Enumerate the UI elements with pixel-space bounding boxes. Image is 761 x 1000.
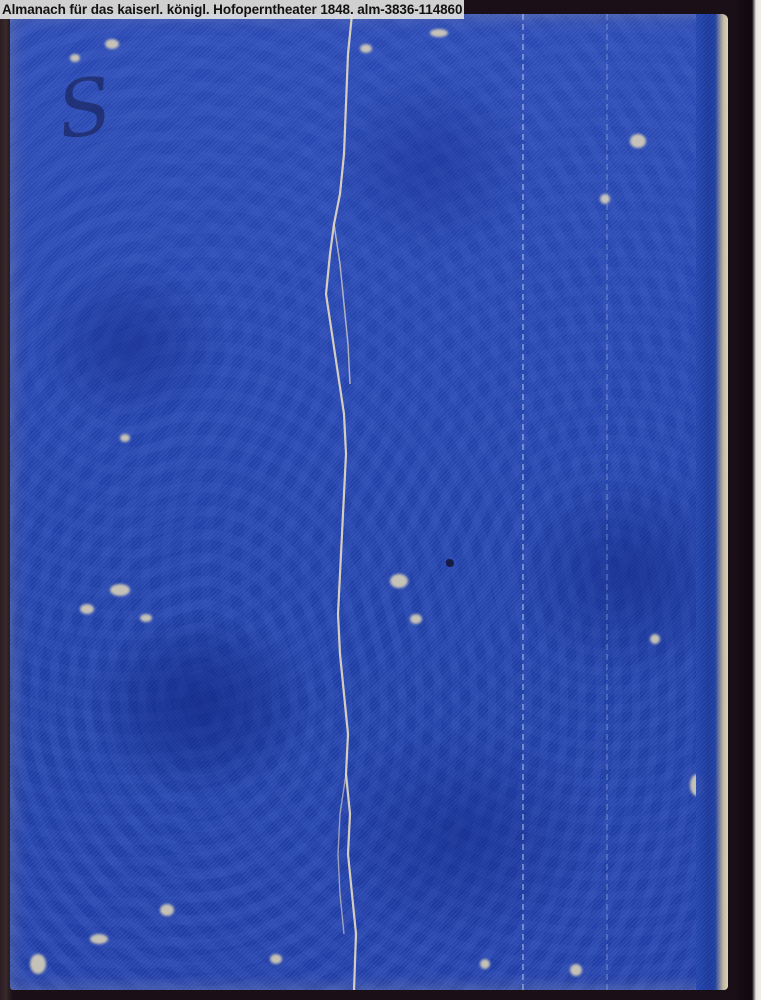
wear-patch	[650, 634, 660, 644]
ink-mark	[446, 559, 454, 567]
wear-patch	[105, 39, 119, 49]
wear-patch	[70, 54, 80, 62]
handwritten-mark: S	[52, 61, 117, 158]
wear-patch	[570, 964, 582, 976]
wear-patch	[140, 614, 152, 622]
wear-patch	[80, 604, 94, 614]
wear-patch	[160, 904, 174, 916]
image-caption: Almanach für das kaiserl. königl. Hofope…	[0, 0, 464, 19]
wear-patch	[270, 954, 282, 964]
wear-patch	[480, 959, 490, 969]
cover-crack	[310, 14, 390, 990]
wear-patch	[390, 574, 408, 588]
wear-patch	[120, 434, 130, 442]
wear-patch	[410, 614, 422, 624]
wear-patch	[630, 134, 646, 148]
wear-patch	[30, 954, 46, 974]
spine-edge	[696, 14, 728, 990]
book-cover: S	[10, 14, 728, 990]
wear-patch	[430, 29, 448, 37]
wear-patch	[110, 584, 130, 596]
seam-line	[606, 14, 608, 990]
seam-line	[522, 14, 524, 990]
wear-patch	[600, 194, 610, 204]
wear-patch	[90, 934, 108, 944]
